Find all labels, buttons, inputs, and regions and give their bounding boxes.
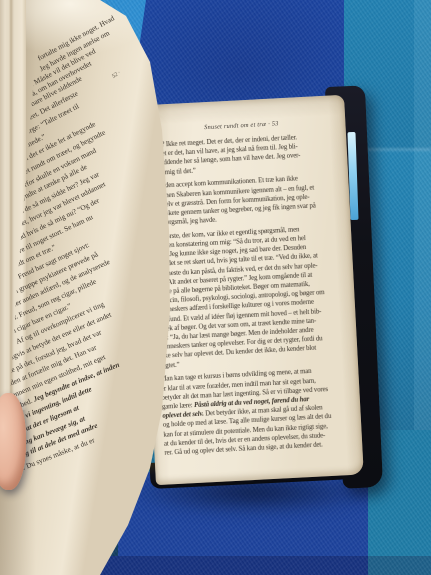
- fabric-plaid-corner-band: [368, 556, 431, 575]
- right-page-text: værd? Ikke ret meget. Det er det, der er…: [148, 131, 356, 458]
- photo-open-book-on-fabric: Snuset rundt om et træ · 53 værd? Ikke r…: [0, 0, 431, 575]
- right-page: Snuset rundt om et træ · 53 værd? Ikke r…: [136, 95, 364, 485]
